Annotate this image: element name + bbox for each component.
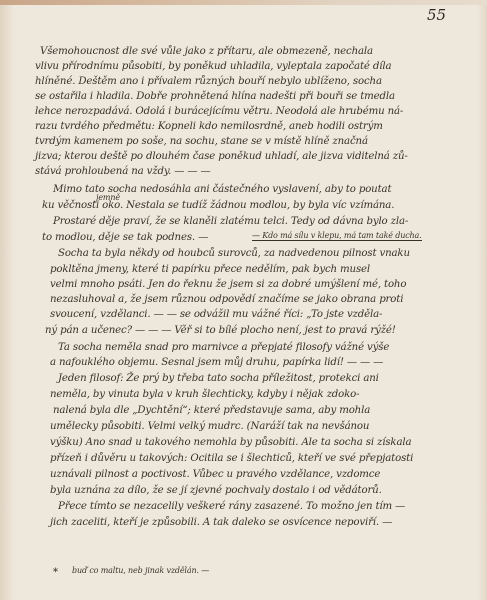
manuscript-line: stává prohloubená na vždy. — — —	[35, 166, 211, 177]
manuscript-line: se ostařila i hladila. Dobře prohnětená …	[35, 91, 395, 102]
manuscript-line: velmi mnoho psáti. Jen do řeknu že jsem …	[50, 279, 406, 290]
manuscript-line: Socha ta byla někdy od houbců surovců, z…	[58, 248, 410, 259]
manuscript-line: jizva; kterou deště po dlouhém čase poně…	[35, 151, 408, 162]
manuscript-line: uznávali pilnost a poctivost. Vůbec u pr…	[50, 469, 380, 480]
manuscript-line: to modlou, děje se tak podnes. —	[42, 232, 208, 243]
manuscript-line: přízeň i důvěru u takových: Ocitila se i…	[50, 453, 413, 464]
manuscript-line: byla uznána za dílo, že se jí zjevné poc…	[50, 485, 382, 496]
manuscript-line: Ta socha neměla snad pro marnivce a přep…	[58, 342, 389, 353]
manuscript-line: vlivu přírodnímu působiti, by poněkud uh…	[35, 61, 391, 72]
manuscript-line: pokltěna jmeny, které ti papírku přece n…	[50, 264, 370, 275]
manuscript-line: a nafouklého objemu. Sesnal jsem můj dru…	[50, 357, 383, 368]
manuscript-line: nezasluhoval a, že jsem různou odpovědí …	[50, 294, 403, 305]
manuscript-line: tvrdým kamenem po soše, na sochu, stane …	[35, 136, 368, 147]
manuscript-line: razu tvrdého předmětu: Kopneli kdo nemil…	[35, 121, 383, 132]
manuscript-line: výšku) Ano snad u takového nemohla by pů…	[50, 437, 411, 448]
manuscript-line: Přece tímto se nezacelily veškeré rány z…	[58, 501, 405, 512]
manuscript-line: jich zaceliti, kteří je způsobili. A tak…	[50, 517, 392, 528]
manuscript-line: nalená byla dle „Dychtění“; které předst…	[53, 405, 370, 416]
footnote-marker: *	[53, 567, 58, 578]
manuscript-line: Všemohoucnost dle své vůle jako z přítar…	[40, 46, 373, 57]
manuscript-line: Prostaré děje praví, že se klaněli zlaté…	[53, 216, 408, 227]
manuscript-line: Jeden filosof: Že prý by třeba tato soch…	[58, 373, 379, 384]
manuscript-line: lehce nerozpadává. Odolá i burácejícímu …	[35, 106, 403, 117]
manuscript-line: hlíněné. Deštěm ano i přívalem různých b…	[35, 76, 382, 87]
manuscript-line: ný pán a učenec? — — — Věř si to bílé pl…	[45, 325, 396, 336]
manuscript-page: 55 Všemohoucnost dle své vůle jako z pří…	[0, 0, 487, 600]
manuscript-line: umělecky působiti. Velmi velký mudrc. (N…	[50, 421, 369, 432]
manuscript-line: neměla, by vinuta byla v kruh šlechticky…	[50, 389, 359, 400]
footnote-text: buď co maltu, neb jinak vzdělán. —	[72, 566, 209, 575]
manuscript-line: svoucení, vzdělanci. — — se odvážil mu v…	[50, 309, 382, 320]
manuscript-line: ku věčnosti oko. Nestala se tudíž žádnou…	[42, 200, 394, 211]
page-top-edge	[0, 0, 487, 5]
superscript-insertion: jemně	[96, 193, 120, 202]
page-number: 55	[427, 6, 446, 24]
underlined-insertion: — Kdo má sílu v klepu, má tam také ducha…	[252, 231, 422, 241]
